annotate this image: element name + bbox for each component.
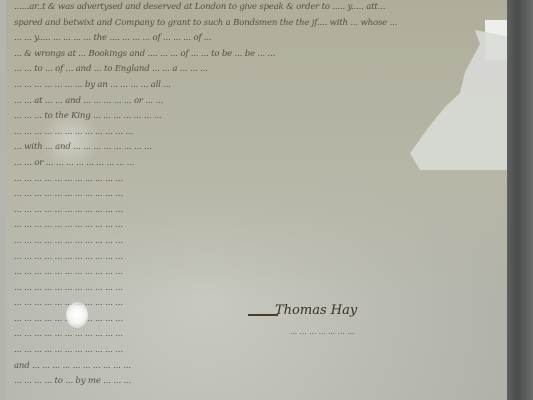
text-line: ... ... y..... ... ... ... ... the .... …	[14, 31, 484, 47]
text-line: ... ... ... ... ... ... ... ... ... ... …	[14, 187, 484, 203]
text-line: ... ... ... ... ... ... ... ... ... ... …	[14, 125, 484, 141]
text-line: ... ... ... ... ... ... ... ... ... ... …	[14, 203, 484, 219]
text-line: ... ... ... ... ... ... ... ... ... ... …	[14, 250, 484, 266]
flash-glare	[66, 302, 88, 328]
text-line: ... ... ... ... ... ... ... ... ... ... …	[14, 172, 484, 188]
text-line: ... with ... and ... ... ... ... ... ...…	[14, 140, 484, 156]
text-line: ... ... ... ... ... ... ... ... ... ... …	[14, 265, 484, 281]
text-line: ... ... ... ... ... ... ... ... ... ... …	[14, 281, 484, 297]
text-line: and ... ... ... ... ... ... ... ... ... …	[14, 359, 484, 375]
text-line: ... ... ... ... to ... by me ... ... ...	[14, 374, 484, 390]
text-line: ... ... ... ... ... ... ... ... ... ... …	[14, 218, 484, 234]
text-line: ... ... ... ... ... ... ... by an ... ..…	[14, 78, 484, 94]
endorsement-note: ... ... ... ... ... ... ...	[290, 327, 354, 336]
text-line: ... ... ... to the King ... ... ... ... …	[14, 109, 484, 125]
text-line: ... ... to ... of ... and ... to England…	[14, 62, 484, 78]
text-line: ... ... ... ... ... ... ... ... ... ... …	[14, 234, 484, 250]
text-line: ... ... ... ... ... ... ... ... ... ... …	[14, 327, 484, 343]
signature-flourish	[248, 314, 278, 316]
signature: Thomas Hay	[275, 303, 357, 318]
text-line: ... ... at ... ... and ... ... ... ... .…	[14, 94, 484, 110]
text-line: ... ... or ... ... ... ... ... ... ... .…	[14, 156, 484, 172]
text-line: spared and betwixt and Company to grant …	[14, 16, 484, 32]
text-line: ... ... ... ... ... ... ... ... ... ... …	[14, 343, 484, 359]
frame-right-edge	[507, 0, 533, 400]
frame-left-edge	[0, 0, 6, 400]
text-line: ......ar..t & was advertysed and deserve…	[14, 0, 484, 16]
manuscript-text: ......ar..t & was advertysed and deserve…	[14, 0, 484, 390]
text-line: ... & wrongs at ... Bookings and .... ..…	[14, 47, 484, 63]
